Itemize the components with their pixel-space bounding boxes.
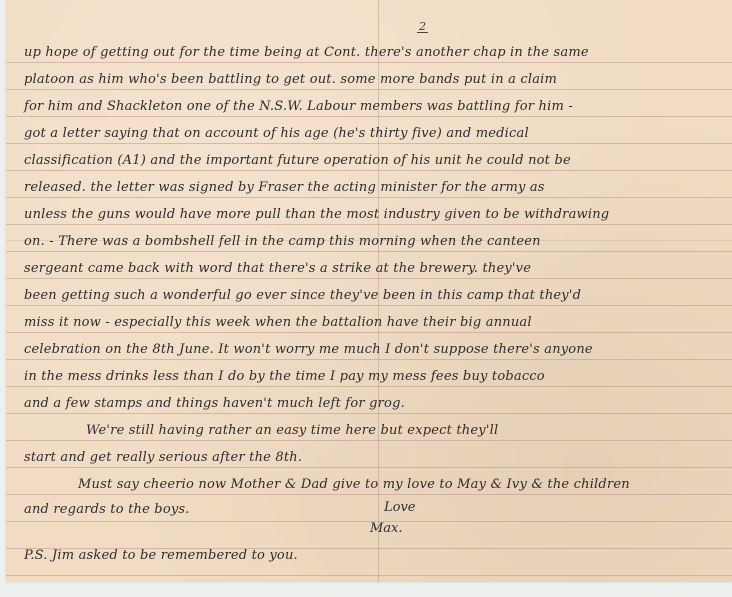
ruled-line — [6, 197, 732, 198]
letter-line: miss it now - especially this week when … — [24, 315, 532, 330]
ruled-line — [6, 278, 732, 279]
ruled-line — [6, 143, 732, 144]
letter-line: sergeant came back with word that there'… — [24, 261, 531, 276]
ruled-line — [6, 467, 732, 468]
ruled-line — [6, 332, 732, 333]
letter-line: been getting such a wonderful go ever si… — [24, 288, 581, 303]
ruled-line — [6, 575, 732, 576]
letter-line: released. the letter was signed by Frase… — [24, 180, 545, 195]
ruled-line — [6, 386, 732, 387]
postscript: P.S. Jim asked to be remembered to you. — [24, 548, 298, 563]
letter-line: and regards to the boys. — [24, 502, 190, 517]
ruled-line — [6, 359, 732, 360]
letter-line: for him and Shackleton one of the N.S.W.… — [24, 99, 573, 114]
closing: Love — [384, 500, 416, 515]
signature: Max. — [370, 521, 403, 536]
ruled-line — [6, 521, 732, 522]
ruled-line — [6, 305, 732, 306]
letter-line: and a few stamps and things haven't much… — [24, 396, 405, 411]
ruled-line — [6, 440, 732, 441]
letter-line: classification (A1) and the important fu… — [24, 153, 571, 168]
letter-line: unless the guns would have more pull tha… — [24, 207, 609, 222]
letter-line: in the mess drinks less than I do by the… — [24, 369, 545, 384]
letter-line: platoon as him who's been battling to ge… — [24, 72, 557, 87]
letter-line: up hope of getting out for the time bein… — [24, 45, 589, 60]
ruled-line — [6, 494, 732, 495]
ruled-line — [6, 62, 732, 63]
ruled-line — [6, 170, 732, 171]
page-number: 2 — [417, 22, 428, 33]
letter-line: celebration on the 8th June. It won't wo… — [24, 342, 593, 357]
ruled-line — [6, 251, 732, 252]
letter-line: Must say cheerio now Mother & Dad give t… — [78, 477, 630, 492]
ruled-line — [6, 116, 732, 117]
ruled-line — [6, 413, 732, 414]
letter-line: We're still having rather an easy time h… — [86, 423, 498, 438]
letter-line: got a letter saying that on account of h… — [24, 126, 529, 141]
letter-page: 2 up hope of getting out for the time be… — [6, 0, 732, 582]
letter-line: on. - There was a bombshell fell in the … — [24, 234, 541, 249]
letter-line: start and get really serious after the 8… — [24, 450, 302, 465]
ruled-line — [6, 224, 732, 225]
ruled-line — [6, 89, 732, 90]
